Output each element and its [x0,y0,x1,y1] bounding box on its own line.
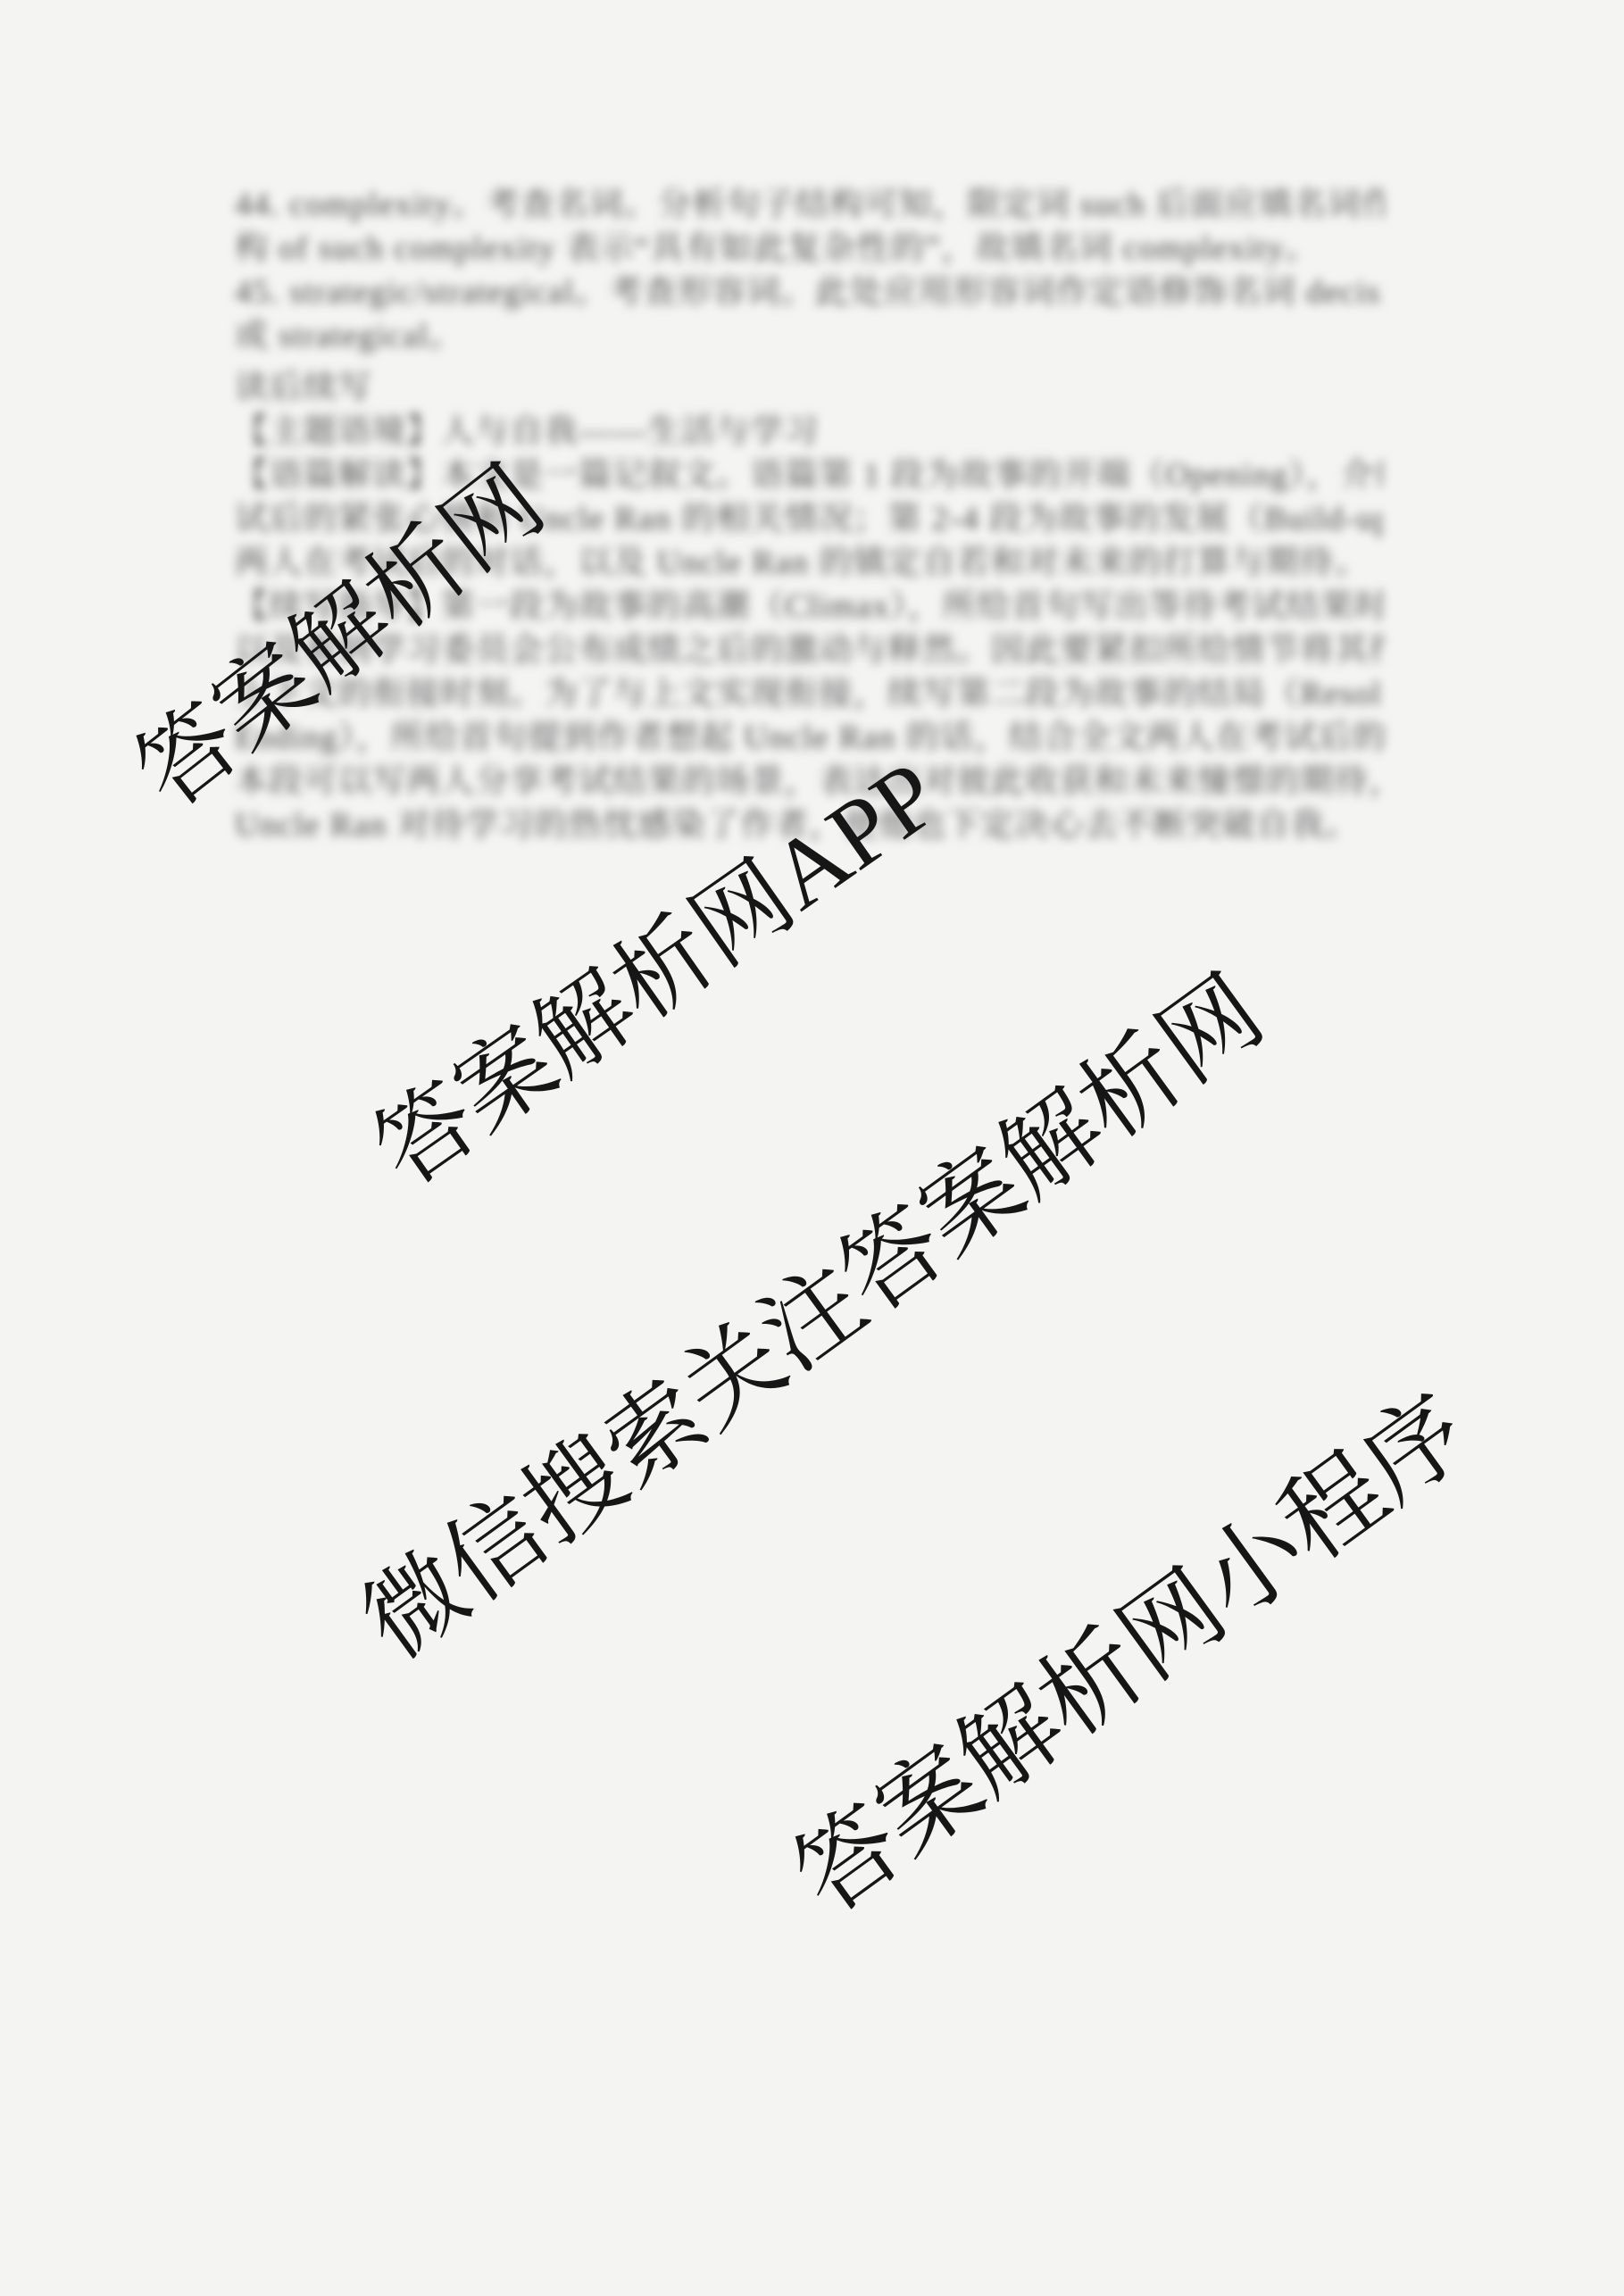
watermark-wechat-search: 微信搜索关注答案解析网 [329,936,1287,1685]
text-line: Ending），所给首句提到作者想起 Uncle Ran 的话，结合全文两人在考… [235,716,1383,760]
text-line: Uncle Ran 对待学习的热忱感染了作者，使他也下定决心去不断突破自我。 [235,803,1383,847]
text-line: 【语篇解读】本文是一篇记叙文。语篇第 1 段为故事的开端（Opening），介绍… [235,453,1383,497]
text-line: 本段可以写两人分享考试结果的场景，表达出对彼此收获和未来憧憬的期待，点明开头主题… [235,760,1383,803]
text-line: 44. complexity。考查名词。分析句子结构可知，限定词 such 后面… [235,183,1383,227]
text-line: 【续写指导】第一段为故事的高潮（Climax），所给首句写出等待考试结果时忐忑不… [235,585,1383,628]
text-line: 以及看到学习委员会公布成绩之后的激动与释然。因此要紧扣所给情节将其衔接顺畅。同时… [235,628,1383,672]
text-line: 构 of such complexity 表示“具有如此复杂性的”，故填名词 c… [235,227,1383,270]
text-line: 读后续写 [235,366,1383,410]
watermark-mini-program: 答案解析网小程序 [761,1354,1493,1941]
document-page: 44. complexity。考查名词。分析句子结构可知，限定词 such 后面… [0,0,1624,2296]
text-line: 45. strategic/strategical。考查形容词。此处应用形容词作… [235,270,1383,314]
text-line: 上下文的衔接时刻。为了与上文实现衔接，续写第二段为故事的结局（Resolutio… [235,672,1383,716]
text-line: 【主题语境】人与自我——生活与学习 [235,410,1383,453]
answer-key-text-block: 44. complexity。考查名词。分析句子结构可知，限定词 such 后面… [235,183,1383,870]
text-line: 或 strategical。 [235,314,1383,358]
text-line: 两人在考试后的对话，以及 Uncle Ran 的镇定自若和对未来的打算与期待。 [235,541,1383,585]
text-line: 试后的紧张心情和 Uncle Ran 的相关情况；第 2-4 段为故事的发展（B… [235,497,1383,541]
